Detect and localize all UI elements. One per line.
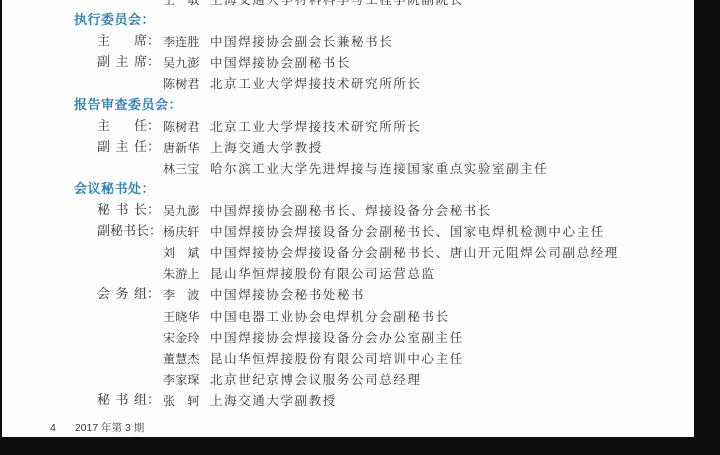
committee-row: 会务组： 李 波 中国焊接协会秘书处秘书	[2, 286, 694, 306]
section-heading-line: 报告审查委员会：	[2, 97, 694, 117]
role-char: 主	[97, 33, 110, 49]
member-affiliation: 中国焊接协会焊接设备分会副秘书长、国家电焊机检测中心主任	[210, 224, 605, 240]
role-char: 务	[115, 286, 128, 302]
role-char: 主	[97, 118, 110, 134]
committee-row: 主席： 李连胜 中国焊接协会副会长兼秘书长	[2, 33, 694, 53]
role-char: 主	[115, 54, 128, 70]
role-char: 席：	[134, 54, 160, 70]
member-affiliation: 昆山华恒焊接股份有限公司培训中心主任	[210, 351, 464, 367]
role-label: 副主任：	[97, 139, 160, 155]
member-affiliation: 哈尔滨工业大学先进焊接与连接国家重点实验室副主任	[210, 161, 548, 177]
role-char: 书	[115, 392, 128, 408]
committee-row: 王晓华 中国电器工业协会电焊机分会副秘书长	[2, 308, 694, 328]
role-char: 会	[97, 286, 110, 302]
role-char: 长：	[136, 223, 162, 239]
page-footer: 4 2017 年第 3 期	[50, 420, 144, 435]
member-name: 李连胜	[163, 34, 203, 50]
section-heading-line: 执行委员会：	[2, 12, 694, 32]
member-affiliation: 北京工业大学焊接技术研究所所长	[210, 76, 422, 92]
member-name: 王晓华	[163, 309, 203, 325]
member-name: 吴九澎	[163, 203, 203, 219]
member-affiliation: 中国焊接协会副秘书长、焊接设备分会秘书长	[210, 203, 492, 219]
member-name: 董慧杰	[163, 351, 203, 367]
viewer-left-edge	[0, 0, 2, 455]
member-name: 陈树君	[163, 76, 203, 92]
viewer-right-margin	[694, 0, 720, 455]
member-affiliation: 上海交通大学教授	[210, 140, 323, 156]
member-affiliation: 中国焊接协会焊接设备分会办公室副主任	[210, 330, 464, 346]
page-number: 4	[50, 422, 56, 434]
member-name: 唐新华	[163, 140, 203, 156]
member-name: 李 波	[163, 287, 203, 303]
role-char: 组：	[134, 392, 160, 408]
member-name: 陈树君	[163, 119, 203, 135]
member-affiliation: 北京工业大学焊接技术研究所所长	[210, 119, 422, 135]
committee-row: 秘书长： 吴九澎 中国焊接协会副秘书长、焊接设备分会秘书长	[2, 202, 694, 222]
member-affiliation: 中国焊接协会焊接设备分会副秘书长、唐山开元阻焊公司副总经理	[210, 245, 619, 261]
role-char: 秘	[97, 202, 110, 218]
role-char: 任：	[134, 139, 160, 155]
role-label: 秘书组：	[97, 392, 160, 408]
member-affiliation: 中国焊接协会秘书处秘书	[210, 287, 365, 303]
member-name: 李家琛	[163, 372, 203, 388]
role-char: 书	[115, 202, 128, 218]
document-page: 王 敏 上海交通大学材料科学与工程学院副院长 执行委员会： 主席： 李连胜 中国…	[2, 0, 694, 437]
section-heading-line: 会议秘书处：	[2, 181, 694, 201]
committee-row: 董慧杰 昆山华恒焊接股份有限公司培训中心主任	[2, 350, 694, 370]
committee-row: 宋金玲 中国焊接协会焊接设备分会办公室副主任	[2, 329, 694, 349]
member-affiliation: 上海交通大学副教授	[210, 393, 337, 409]
member-name: 宋金玲	[163, 330, 203, 346]
section-heading: 执行委员会：	[74, 12, 155, 28]
role-label: 主任：	[97, 118, 160, 134]
role-char: 书	[123, 223, 136, 239]
role-label: 会务组：	[97, 286, 160, 302]
role-label: 秘书长：	[97, 202, 160, 218]
issue-label: 2017 年第 3 期	[75, 420, 144, 435]
role-char: 主	[115, 139, 128, 155]
member-affiliation: 中国焊接协会副会长兼秘书长	[210, 34, 393, 50]
role-char: 副	[97, 54, 110, 70]
committee-row: 林三宝 哈尔滨工业大学先进焊接与连接国家重点实验室副主任	[2, 160, 694, 180]
role-char: 长：	[134, 202, 160, 218]
member-affiliation: 昆山华恒焊接股份有限公司运营总监	[210, 266, 436, 282]
role-char: 席：	[134, 33, 160, 49]
committee-row: 副秘书长： 杨庆轩 中国焊接协会焊接设备分会副秘书长、国家电焊机检测中心主任	[2, 223, 694, 243]
section-heading: 会议秘书处：	[74, 181, 155, 197]
role-char: 任：	[134, 118, 160, 134]
committee-row: 王 敏 上海交通大学材料科学与工程学院副院长	[2, 0, 694, 11]
committee-row: 秘书组： 张 轲 上海交通大学副教授	[2, 392, 694, 412]
role-char: 副	[97, 139, 110, 155]
committee-row: 李家琛 北京世纪京博会议服务公司总经理	[2, 371, 694, 391]
member-affiliation: 上海交通大学材料科学与工程学院副院长	[210, 0, 464, 8]
role-char: 秘	[97, 392, 110, 408]
role-char: 组：	[134, 286, 160, 302]
role-char: 秘	[110, 223, 123, 239]
member-name: 林三宝	[163, 161, 203, 177]
section-heading: 报告审查委员会：	[74, 97, 182, 113]
member-affiliation: 中国焊接协会副秘书长	[210, 55, 351, 71]
committee-list: 王 敏 上海交通大学材料科学与工程学院副院长 执行委员会： 主席： 李连胜 中国…	[2, 0, 694, 437]
committee-row: 副主席： 吴九澎 中国焊接协会副秘书长	[2, 54, 694, 74]
member-affiliation: 中国电器工业协会电焊机分会副秘书长	[210, 309, 450, 325]
committee-row: 主任： 陈树君 北京工业大学焊接技术研究所所长	[2, 118, 694, 138]
member-name: 杨庆轩	[163, 224, 203, 240]
role-label: 主席：	[97, 33, 160, 49]
committee-row: 刘 斌 中国焊接协会焊接设备分会副秘书长、唐山开元阻焊公司副总经理	[2, 244, 694, 264]
viewer-bottom-margin	[0, 437, 720, 455]
member-name: 王 敏	[163, 0, 203, 8]
member-name: 刘 斌	[163, 245, 203, 261]
committee-row: 朱游上 昆山华恒焊接股份有限公司运营总监	[2, 265, 694, 285]
member-name: 朱游上	[163, 266, 203, 282]
member-name: 张 轲	[163, 393, 203, 409]
committee-row: 陈树君 北京工业大学焊接技术研究所所长	[2, 75, 694, 95]
role-label: 副主席：	[97, 54, 160, 70]
member-name: 吴九澎	[163, 55, 203, 71]
role-label: 副秘书长：	[97, 223, 160, 239]
member-affiliation: 北京世纪京博会议服务公司总经理	[210, 372, 422, 388]
committee-row: 副主任： 唐新华 上海交通大学教授	[2, 139, 694, 159]
role-char: 副	[97, 223, 110, 239]
